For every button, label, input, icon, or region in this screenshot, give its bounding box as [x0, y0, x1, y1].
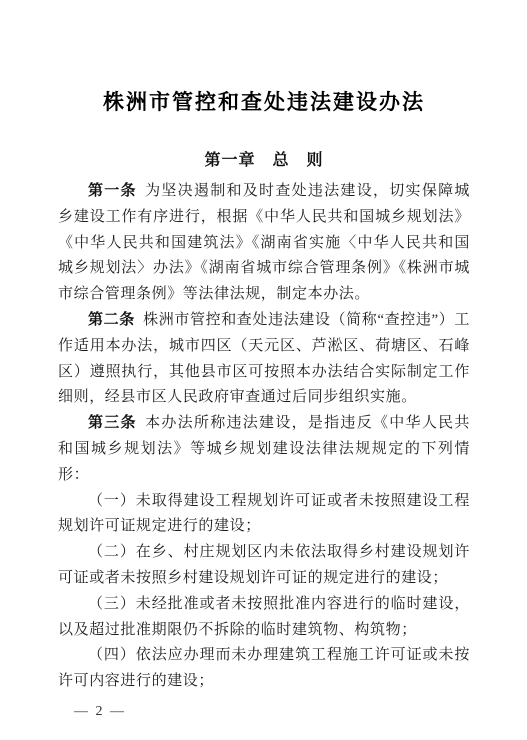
article-label: 第二条: [88, 312, 135, 328]
document-title: 株洲市管控和查处违法建设办法: [58, 86, 470, 116]
article-label: 第一条: [88, 183, 137, 199]
paragraph-text: （一）未取得建设工程规划许可证或者未按照建设工程规划许可证规定进行的建设；: [58, 493, 470, 535]
paragraph-text: （三）未经批准或者未按照批准内容进行的临时建设，以及超过批准期限仍不拆除的临时建…: [58, 596, 470, 638]
paragraph-item-2: （二）在乡、村庄规划区内未依法取得乡村建设规划许可证或者未按照乡村建设规划许可证…: [58, 540, 470, 592]
paragraph-item-4: （四）依法应办理而未办理建筑工程施工许可证或未按许可内容进行的建设；: [58, 643, 470, 695]
paragraph-article-2: 第二条株洲市管控和查处违法建设（简称“查控违”）工作适用本办法，城市四区（天元区…: [58, 308, 470, 411]
article-label: 第三条: [88, 415, 137, 431]
paragraph-text: （四）依法应办理而未办理建筑工程施工许可证或未按许可内容进行的建设；: [58, 647, 470, 689]
paragraph-article-3: 第三条本办法所称违法建设，是指违反《中华人民共和国城乡规划法》等城乡规划建设法律…: [58, 411, 470, 488]
paragraph-item-1: （一）未取得建设工程规划许可证或者未按照建设工程规划许可证规定进行的建设；: [58, 489, 470, 541]
document-page: 株洲市管控和查处违法建设办法 第一章 总 则 第一条为坚决遏制和及时查处违法建设…: [0, 0, 527, 740]
chapter-heading: 第一章 总 则: [58, 147, 470, 170]
page-number: — 2 —: [58, 704, 470, 720]
paragraph-item-3: （三）未经批准或者未按照批准内容进行的临时建设，以及超过批准期限仍不拆除的临时建…: [58, 592, 470, 644]
paragraph-text: （二）在乡、村庄规划区内未依法取得乡村建设规划许可证或者未按照乡村建设规划许可证…: [58, 544, 470, 586]
paragraph-article-1: 第一条为坚决遏制和及时查处违法建设，切实保障城乡建设工作有序进行，根据《中华人民…: [58, 179, 470, 308]
paragraph-text: 为坚决遏制和及时查处违法建设，切实保障城乡建设工作有序进行，根据《中华人民共和国…: [58, 183, 470, 302]
document-body: 第一条为坚决遏制和及时查处违法建设，切实保障城乡建设工作有序进行，根据《中华人民…: [58, 179, 470, 695]
